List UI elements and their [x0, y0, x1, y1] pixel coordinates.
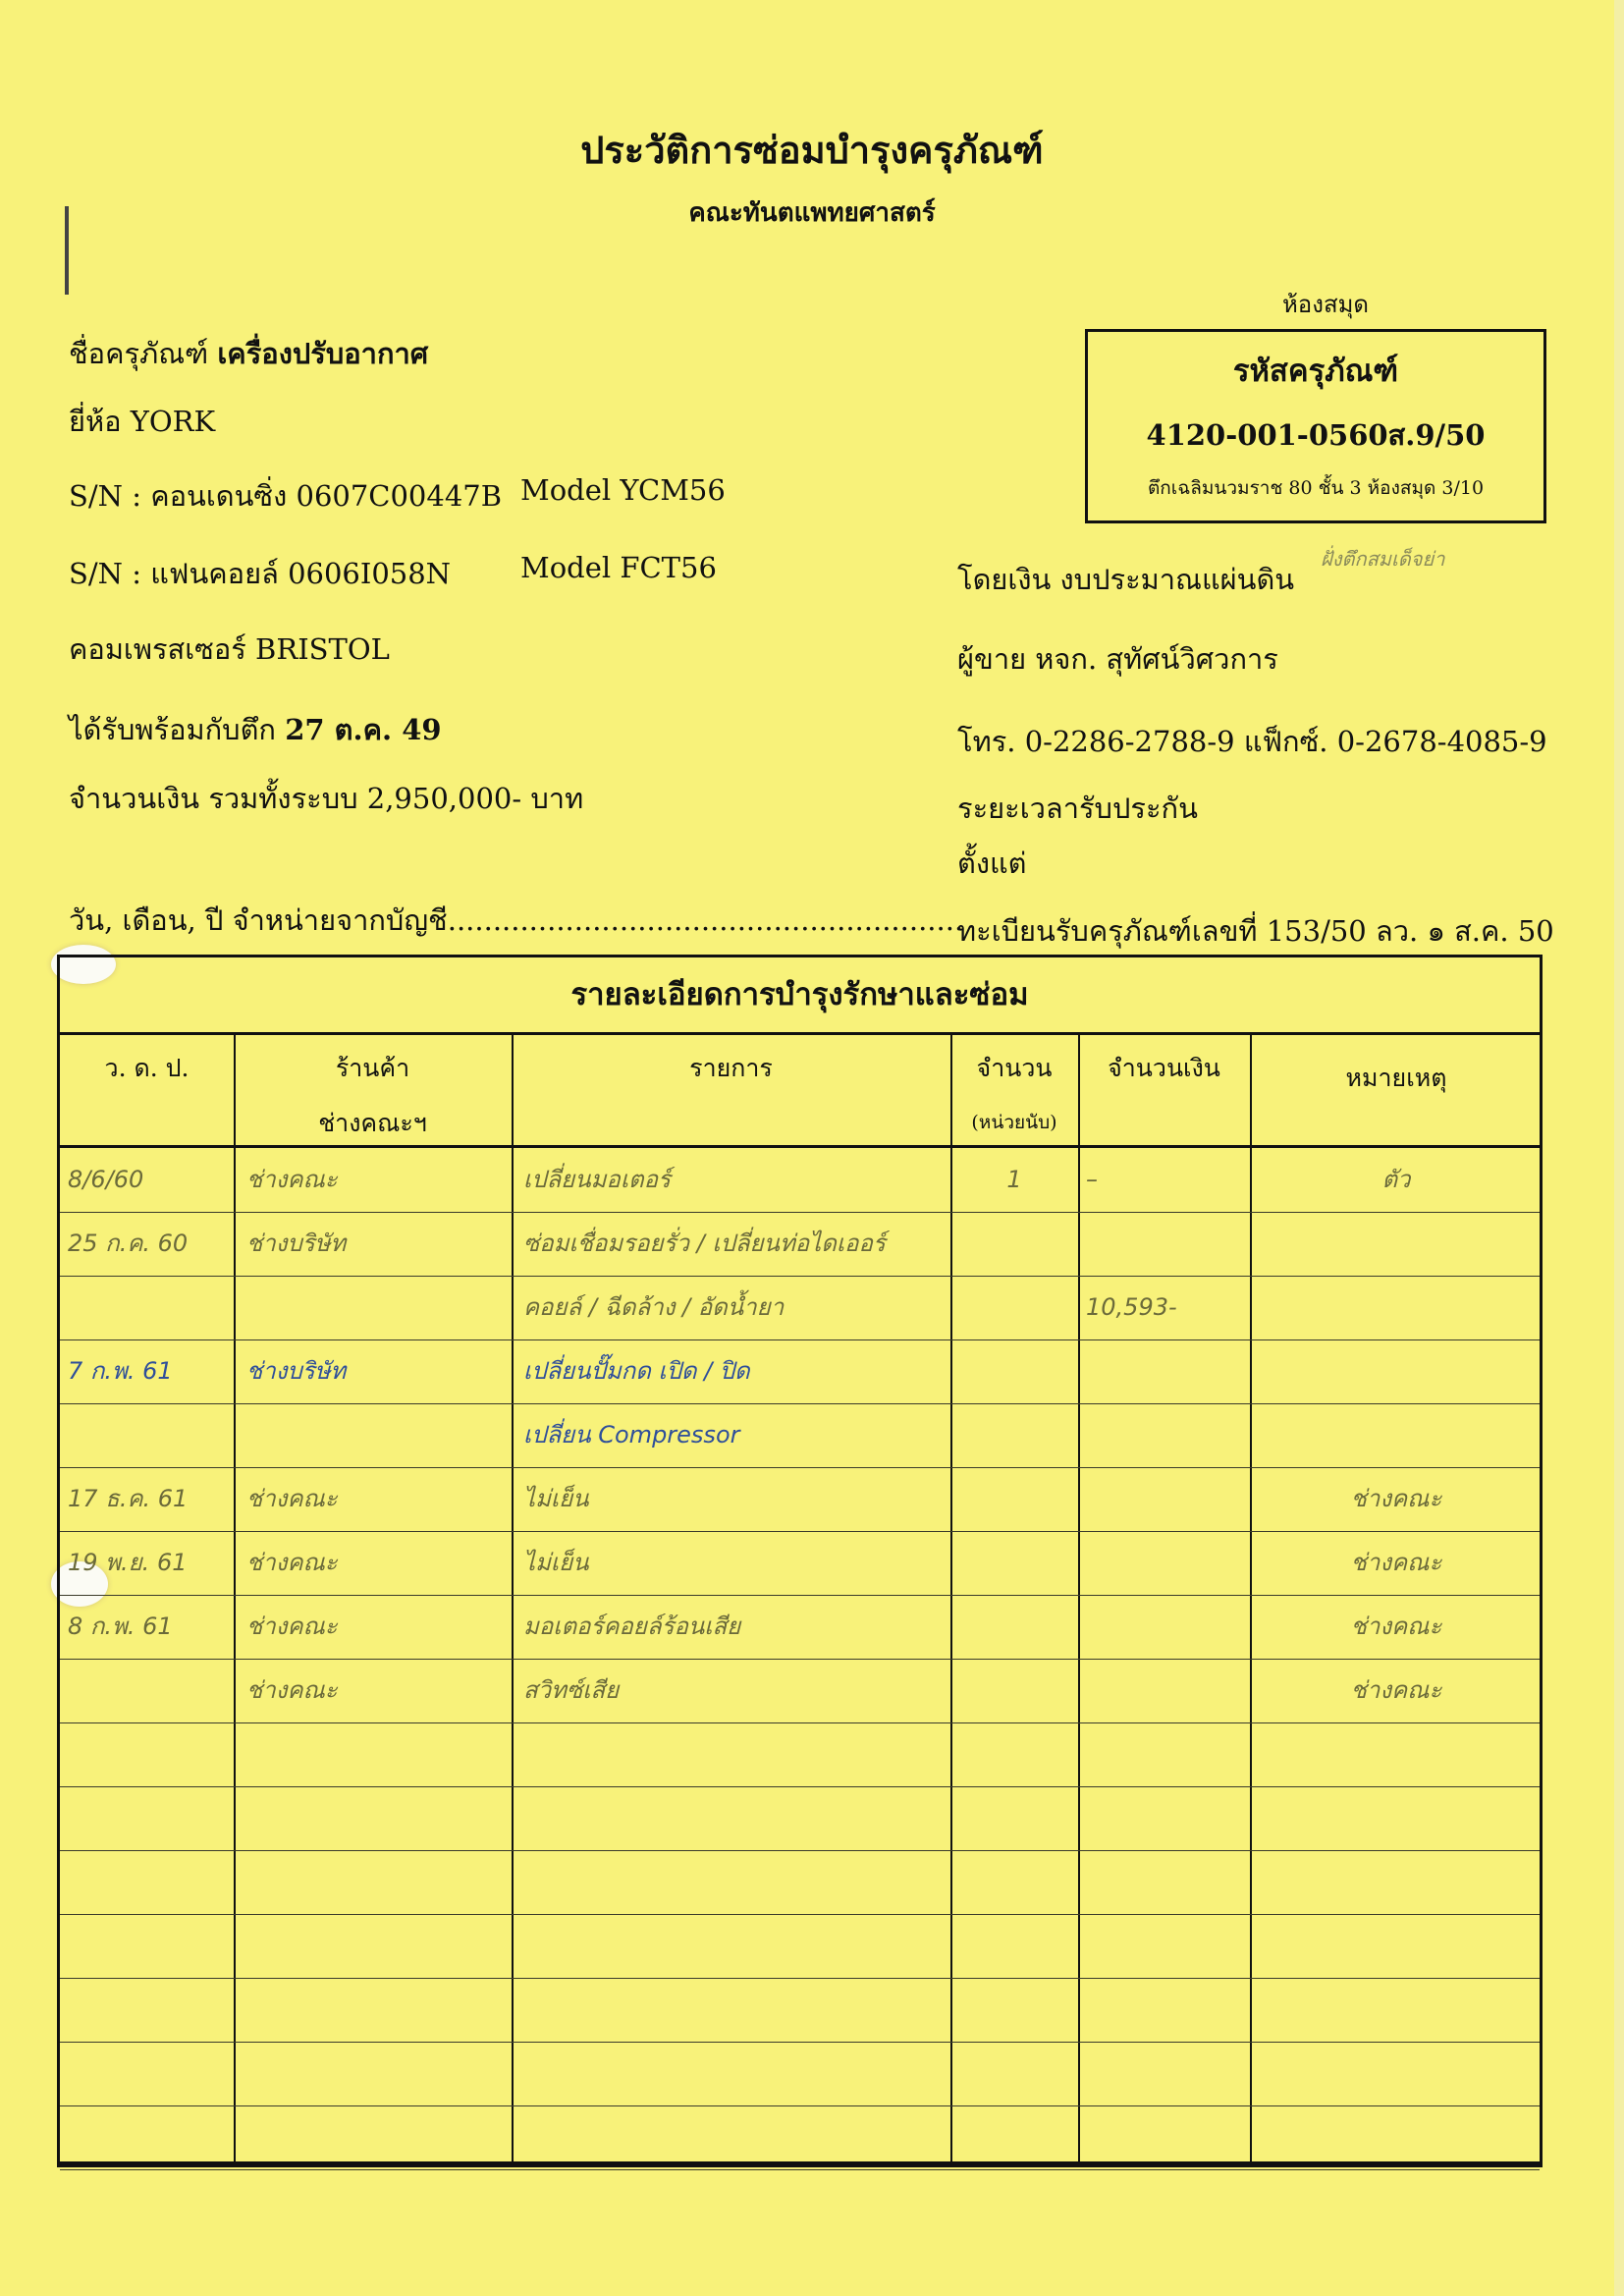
- cell-cost: [1086, 1786, 1248, 1850]
- cell-shop: ช่างบริษัท: [246, 1339, 507, 1403]
- cell-remark: [1250, 1212, 1543, 1276]
- cell-date: 17 ธ.ค. 61: [68, 1467, 230, 1531]
- sn-fancoil: S/N : แฟนคอยล์ 0606I058N: [69, 551, 451, 596]
- cell-remark: [1250, 1339, 1543, 1403]
- asset-name-label: ชื่อครุภัณฑ์: [69, 337, 208, 370]
- table-row: [60, 1722, 1540, 1787]
- received-value: 27 ต.ค. 49: [285, 713, 441, 746]
- header-cost: จำนวนเงิน: [1078, 1035, 1250, 1145]
- cell-remark: [1250, 1276, 1543, 1339]
- cell-cost: 10,593-: [1086, 1276, 1248, 1339]
- asset-location: ตึกเฉลิมนวมราช 80 ชั้น 3 ห้องสมุด 3/10: [1088, 473, 1543, 503]
- cell-cost: [1086, 2042, 1248, 2105]
- brand-field: ยี่ห้อ YORK: [69, 399, 215, 444]
- cell-remark: ช่างคณะ: [1250, 1531, 1543, 1595]
- registration-field: ทะเบียนรับครุภัณฑ์เลขที่ 153/50 ลว. ๑ ส.…: [957, 908, 1554, 954]
- cell-shop: [246, 2105, 507, 2169]
- table-title: รายละเอียดการบำรุงรักษาและซ่อม: [60, 957, 1540, 1035]
- received-field: ได้รับพร้อมกับตึก 27 ต.ค. 49: [69, 707, 442, 752]
- cell-qty: [950, 1786, 1078, 1850]
- contact-field: โทร. 0-2286-2788-9 แฟ็กซ์. 0-2678-4085-9: [957, 719, 1547, 764]
- cell-cost: [1086, 1212, 1248, 1276]
- cell-qty: [950, 1212, 1078, 1276]
- table-row: [60, 1914, 1540, 1979]
- document-subtitle: คณะทันตแพทยศาสตร์: [0, 192, 1624, 233]
- cell-shop: [246, 1978, 507, 2042]
- cell-remark: ช่างคณะ: [1250, 1467, 1543, 1531]
- cell-cost: [1086, 1659, 1248, 1722]
- maintenance-table: รายละเอียดการบำรุงรักษาและซ่อม ว. ด. ป. …: [57, 955, 1543, 2167]
- cell-date: [68, 2105, 230, 2169]
- model-fancoil: Model FCT56: [520, 551, 717, 584]
- header-shop: ร้านค้า ช่างคณะฯ: [234, 1035, 512, 1145]
- cell-cost: [1086, 1531, 1248, 1595]
- table-row: 8/6/60ช่างคณะเปลี่ยนมอเตอร์1–ตัว: [60, 1148, 1540, 1213]
- cell-qty: [950, 1403, 1078, 1467]
- cell-remark: [1250, 2105, 1543, 2169]
- cell-cost: [1086, 1339, 1248, 1403]
- cell-date: [68, 1786, 230, 1850]
- cell-qty: [950, 1276, 1078, 1339]
- cell-remark: [1250, 1722, 1543, 1786]
- cell-date: [68, 2042, 230, 2105]
- disposal-field: วัน, เดือน, ปี จำหน่ายจากบัญชี..........…: [69, 898, 963, 943]
- handwritten-location-note: ฝั่งตึกสมเด็จย่า: [1321, 543, 1444, 574]
- cell-shop: ช่างคณะ: [246, 1467, 507, 1531]
- amount-field: จำนวนเงิน รวมทั้งระบบ 2,950,000- บาท: [69, 776, 583, 821]
- cell-cost: [1086, 1722, 1248, 1786]
- table-row: เปลี่ยน Compressor: [60, 1403, 1540, 1468]
- asset-code: 4120-001-0560ส.9/50: [1088, 412, 1543, 458]
- location-label: ห้องสมุด: [1085, 285, 1566, 323]
- cell-cost: [1086, 1978, 1248, 2042]
- cell-date: 7 ก.พ. 61: [68, 1339, 230, 1403]
- cell-qty: [950, 1850, 1078, 1914]
- cell-date: [68, 1722, 230, 1786]
- cell-date: [68, 1276, 230, 1339]
- table-row: 19 พ.ย. 61ช่างคณะไม่เย็นช่างคณะ: [60, 1531, 1540, 1596]
- cell-shop: [246, 1276, 507, 1339]
- cell-date: [68, 1850, 230, 1914]
- cell-qty: [950, 2105, 1078, 2169]
- cell-qty: 1: [950, 1148, 1078, 1212]
- warranty-field: ระยะเวลารับประกัน: [957, 786, 1198, 831]
- cell-cost: –: [1086, 1148, 1248, 1212]
- cell-date: [68, 1659, 230, 1722]
- table-row: [60, 1978, 1540, 2043]
- cell-date: 8/6/60: [68, 1148, 230, 1212]
- cell-qty: [950, 1595, 1078, 1659]
- table-row: [60, 1850, 1540, 1915]
- cell-remark: [1250, 2042, 1543, 2105]
- cell-shop: ช่างคณะ: [246, 1595, 507, 1659]
- cell-remark: ช่างคณะ: [1250, 1595, 1543, 1659]
- cell-cost: [1086, 1850, 1248, 1914]
- cell-shop: ช่างคณะ: [246, 1531, 507, 1595]
- since-field: ตั้งแต่: [957, 841, 1027, 886]
- table-row: 17 ธ.ค. 61ช่างคณะไม่เย็นช่างคณะ: [60, 1467, 1540, 1532]
- funding-field: โดยเงิน งบประมาณแผ่นดิน: [957, 557, 1294, 602]
- cell-date: [68, 1914, 230, 1978]
- cell-remark: [1250, 1850, 1543, 1914]
- cell-date: 8 ก.พ. 61: [68, 1595, 230, 1659]
- paper-edge: [1614, 0, 1624, 2296]
- cell-qty: [950, 1722, 1078, 1786]
- cell-qty: [950, 1467, 1078, 1531]
- table-row: 7 ก.พ. 61ช่างบริษัทเปลี่ยนปั๊มกด เปิด / …: [60, 1339, 1540, 1404]
- table-row: คอยล์ / ฉีดล้าง / อัดน้ำยา10,593-: [60, 1276, 1540, 1340]
- table-row: ช่างคณะสวิทซ์เสียช่างคณะ: [60, 1659, 1540, 1723]
- asset-name-value: เครื่องปรับอากาศ: [217, 337, 428, 370]
- cell-remark: ตัว: [1250, 1148, 1543, 1212]
- table-row: [60, 2042, 1540, 2106]
- cell-shop: [246, 1850, 507, 1914]
- asset-code-box: รหัสครุภัณฑ์ 4120-001-0560ส.9/50 ตึกเฉลิ…: [1085, 329, 1546, 523]
- cell-cost: [1086, 2105, 1248, 2169]
- cell-shop: [246, 1403, 507, 1467]
- header-qty: จำนวน (หน่วยนับ): [950, 1035, 1078, 1145]
- cell-remark: [1250, 1978, 1543, 2042]
- table-row: 25 ก.ค. 60ช่างบริษัทซ่อมเชื่อมรอยรั่ว / …: [60, 1212, 1540, 1277]
- seller-field: ผู้ขาย หจก. สุทัศน์วิศวการ: [957, 636, 1278, 682]
- table-row: 8 ก.พ. 61ช่างคณะมอเตอร์คอยล์ร้อนเสียช่าง…: [60, 1595, 1540, 1660]
- cell-date: [68, 1978, 230, 2042]
- cell-cost: [1086, 1467, 1248, 1531]
- cell-remark: ช่างคณะ: [1250, 1659, 1543, 1722]
- received-label: ได้รับพร้อมกับตึก: [69, 713, 276, 746]
- cell-date: 19 พ.ย. 61: [68, 1531, 230, 1595]
- cell-shop: [246, 1786, 507, 1850]
- header-date: ว. ด. ป.: [60, 1035, 234, 1145]
- compressor-field: คอมเพรสเซอร์ BRISTOL: [69, 627, 390, 672]
- cell-shop: ช่างบริษัท: [246, 1212, 507, 1276]
- sn-condensing: S/N : คอนเดนซิ่ง 0607C00447B: [69, 473, 502, 519]
- table-row: [60, 1786, 1540, 1851]
- brand-value: YORK: [131, 405, 215, 438]
- table-row: [60, 2105, 1540, 2170]
- asset-name-field: ชื่อครุภัณฑ์ เครื่องปรับอากาศ: [69, 331, 428, 376]
- cell-date: 25 ก.ค. 60: [68, 1212, 230, 1276]
- cell-qty: [950, 1978, 1078, 2042]
- header-remark: หมายเหตุ: [1250, 1035, 1543, 1145]
- cell-shop: ช่างคณะ: [246, 1659, 507, 1722]
- cell-remark: [1250, 1914, 1543, 1978]
- model-condensing: Model YCM56: [520, 473, 726, 507]
- cell-qty: [950, 1659, 1078, 1722]
- document-title: ประวัติการซ่อมบำรุงครุภัณฑ์: [0, 120, 1624, 180]
- cell-cost: [1086, 1914, 1248, 1978]
- cell-remark: [1250, 1403, 1543, 1467]
- brand-label: ยี่ห้อ: [69, 405, 122, 438]
- table-header: ว. ด. ป. ร้านค้า ช่างคณะฯ รายการ จำนวน (…: [60, 1035, 1540, 1148]
- cell-date: [68, 1403, 230, 1467]
- asset-code-heading: รหัสครุภัณฑ์: [1088, 346, 1543, 395]
- cell-qty: [950, 1914, 1078, 1978]
- cell-qty: [950, 1531, 1078, 1595]
- cell-qty: [950, 2042, 1078, 2105]
- cell-shop: [246, 1722, 507, 1786]
- cell-shop: [246, 1914, 507, 1978]
- cell-qty: [950, 1339, 1078, 1403]
- cell-cost: [1086, 1403, 1248, 1467]
- cell-cost: [1086, 1595, 1248, 1659]
- cell-shop: ช่างคณะ: [246, 1148, 507, 1212]
- cell-remark: [1250, 1786, 1543, 1850]
- header-item: รายการ: [512, 1035, 950, 1145]
- cell-shop: [246, 2042, 507, 2105]
